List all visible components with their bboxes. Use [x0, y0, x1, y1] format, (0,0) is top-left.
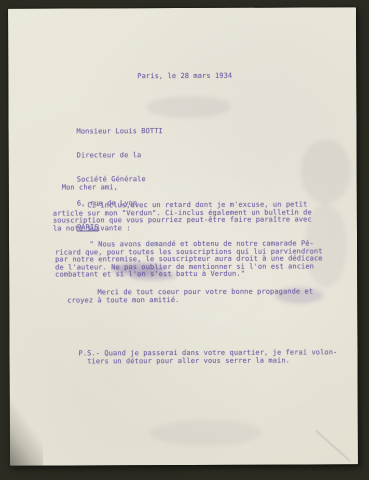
paper-stain: [301, 139, 351, 203]
paper-crease: [315, 430, 350, 461]
recipient-name: Monsieur Louis BOTTI: [77, 127, 163, 135]
paper-stain: [150, 420, 262, 446]
recipient-title: Directeur de la: [77, 151, 163, 159]
dateline: Paris, le 28 mars 1934: [137, 73, 232, 81]
recipient-company: Société Générale: [77, 175, 163, 183]
postscript: P.S.- Quand je passerai dans votre quart…: [78, 349, 340, 365]
letter-page: Paris, le 28 mars 1934 Monsieur Louis BO…: [8, 7, 358, 466]
paper-corner-shadow: [9, 397, 43, 467]
body-paragraph-2-quote: " Nous avons demandé et obtenu de notre …: [55, 240, 327, 279]
body-paragraph-1: Ci-inclus,avec un retard dont je m'excus…: [53, 201, 323, 232]
body-paragraph-3: Merci de tout coeur pour votre bonne pro…: [67, 288, 329, 304]
salutation: Mon cher ami,: [62, 184, 118, 192]
